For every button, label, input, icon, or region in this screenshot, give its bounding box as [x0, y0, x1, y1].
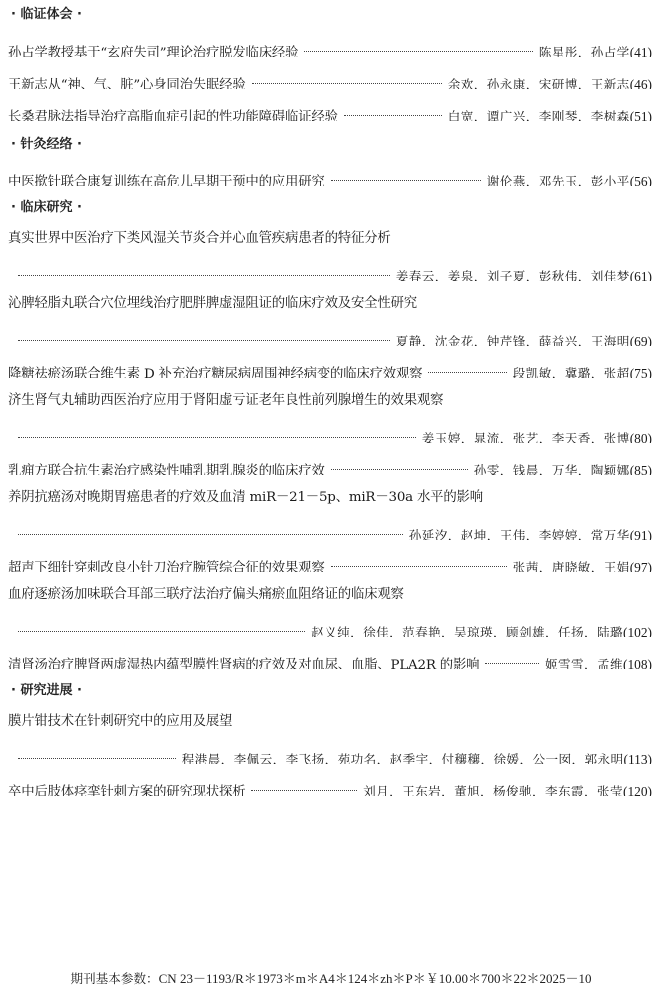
entry-page: (61)	[630, 268, 652, 281]
entry-page: (85)	[630, 462, 652, 475]
toc-entry[interactable]: 清肾汤治疗脾肾两虚湿热内蕴型膜性肾病的疗效及对血尿、血脂、PLA2R 的影响 姬…	[8, 651, 652, 669]
entry-page: (75)	[630, 365, 652, 378]
dot-leader	[18, 522, 403, 540]
entry-page: (113)	[623, 751, 652, 764]
entry-page: (46)	[630, 76, 652, 89]
entry-title: 乳痈方联合抗生素治疗感染性哺乳期乳腺炎的临床疗效	[8, 463, 325, 475]
entry-authors: 赵义纯，徐佳，范春艳，吴琼瑛，顾剑雄，任扬，陆璐	[311, 624, 623, 637]
section-heading-clinical-research: · 临床研究 ·	[8, 200, 652, 216]
dot-leader	[18, 328, 390, 346]
dot-leader	[252, 71, 442, 89]
entry-page: (69)	[630, 333, 652, 346]
entry-authors: 夏静，沈金花，钟芹锋，薛益兴，王海明	[396, 333, 630, 346]
entry-title: 中医揿针联合康复训练在高危儿早期干预中的应用研究	[8, 174, 325, 186]
entry-title: 膜片钳技术在针刺研究中的应用及展望	[8, 713, 232, 731]
toc-entry[interactable]: 王新志从“神、气、脏”心身同治失眠经验 余欢，孙永康，宋研博，王新志 (46)	[8, 71, 652, 89]
section-heading-research-progress: · 研究进展 ·	[8, 683, 652, 699]
entry-authors: 姬雪雪，孟维	[545, 656, 623, 669]
entry-authors: 谢伦燕，邓先玉，彭小平	[487, 173, 630, 186]
entry-title: 清肾汤治疗脾肾两虚湿热内蕴型膜性肾病的疗效及对血尿、血脂、PLA2R 的影响	[8, 657, 479, 669]
entry-title: 血府逐瘀汤加味联合耳部三联疗法治疗偏头痛瘀血阻络证的临床观察	[8, 586, 404, 604]
toc-entry[interactable]: 卒中后肢体痉挛针刺方案的研究现状探析 刘月，王东岩，董旭，杨俊驰，李东霞，张莹 …	[8, 778, 652, 796]
entry-title: 卒中后肢体痉挛针刺方案的研究现状探析	[8, 784, 245, 796]
toc-entry[interactable]: 降糖祛瘀汤联合维生素 D 补充治疗糖尿病周围神经病变的临床疗效观察 段凯敏，冀璐…	[8, 360, 652, 378]
entry-authors: 孙延汐，赵坤，王伟，李婷婷，常万华	[409, 527, 630, 540]
toc-entry[interactable]: 中医揿针联合康复训练在高危儿早期干预中的应用研究 谢伦燕，邓先玉，彭小平 (56…	[8, 168, 652, 186]
entry-authors: 段凯敏，冀璐，张超	[513, 365, 630, 378]
section-heading-acupuncture: · 针灸经络 ·	[8, 137, 652, 153]
entry-title: 沁脾轻脂丸联合穴位埋线治疗肥胖脾虚湿阻证的临床疗效及安全性研究	[8, 295, 417, 313]
entry-authors: 孙雯，钱晨，万华，陶颖娜	[474, 462, 630, 475]
toc-entry-author-line[interactable]: 孙延汐，赵坤，王伟，李婷婷，常万华 (91)	[8, 522, 652, 540]
entry-page: (80)	[630, 430, 652, 443]
footer-params: CN 23－1193/R＊1973＊m＊A4＊124＊zh＊P＊￥10.00＊7…	[159, 971, 592, 986]
entry-authors: 姜玉婷，晁流，张艺，李天香，张博	[422, 430, 630, 443]
entry-title: 济生肾气丸辅助西医治疗应用于肾阳虚亏证老年良性前列腺增生的效果观察	[8, 392, 443, 410]
entry-title: 孙占学教授基于“玄府失司”理论治疗脱发临床经验	[8, 45, 298, 57]
toc-entry-title-line[interactable]: 养阴抗癌汤对晚期胃癌患者的疗效及血清 miR－21－5p、miR－30a 水平的…	[8, 489, 652, 507]
toc-entry-title-line[interactable]: 膜片钳技术在针刺研究中的应用及展望	[8, 713, 652, 731]
entry-authors: 白宽，谭广兴，李刚琴，李树森	[448, 108, 630, 121]
entry-page: (97)	[630, 559, 652, 572]
dot-leader	[18, 746, 176, 764]
dot-leader	[344, 103, 442, 121]
entry-page: (91)	[630, 527, 652, 540]
footer-label: 期刊基本参数：	[70, 971, 158, 986]
dot-leader	[18, 619, 305, 637]
entry-authors: 陈星彤，孙占学	[539, 44, 630, 57]
dot-leader	[428, 360, 506, 378]
journal-parameters-footer: 期刊基本参数：CN 23－1193/R＊1973＊m＊A4＊124＊zh＊P＊￥…	[0, 968, 662, 987]
toc-entry-title-line[interactable]: 真实世界中医治疗下类风湿关节炎合并心血管疾病患者的特征分析	[8, 230, 652, 248]
entry-page: (41)	[630, 44, 652, 57]
toc-entry[interactable]: 长桑君脉法指导治疗高脂血症引起的性功能障碍临证经验 白宽，谭广兴，李刚琴，李树森…	[8, 103, 652, 121]
dot-leader	[18, 263, 390, 281]
dot-leader	[18, 425, 416, 443]
entry-title: 超声下细针穿刺改良小针刀治疗腕管综合征的效果观察	[8, 560, 325, 572]
entry-authors: 程港晨，李佩云，李飞扬，苑功名，赵季宇，付穰穰，徐媛，公一囡，郭永明	[182, 751, 624, 764]
toc-entry[interactable]: 孙占学教授基于“玄府失司”理论治疗脱发临床经验 陈星彤，孙占学 (41)	[8, 39, 652, 57]
toc-entry-author-line[interactable]: 夏静，沈金花，钟芹锋，薛益兴，王海明 (69)	[8, 328, 652, 346]
entry-page: (51)	[630, 108, 652, 121]
entry-authors: 张茜，唐晓敏，王娟	[513, 559, 630, 572]
dot-leader	[485, 651, 539, 669]
toc-entry-title-line[interactable]: 济生肾气丸辅助西医治疗应用于肾阳虚亏证老年良性前列腺增生的效果观察	[8, 392, 652, 410]
entry-page: (120)	[623, 783, 652, 796]
section-heading-clinical-experience: · 临证体会 ·	[8, 7, 652, 23]
toc-entry-author-line[interactable]: 姜玉婷，晁流，张艺，李天香，张博 (80)	[8, 425, 652, 443]
dot-leader	[331, 168, 481, 186]
entry-authors: 姜春云，姜泉，刘子夏，彭秋伟，刘佳梦	[396, 268, 630, 281]
entry-page: (56)	[630, 173, 652, 186]
toc-entry-title-line[interactable]: 沁脾轻脂丸联合穴位埋线治疗肥胖脾虚湿阻证的临床疗效及安全性研究	[8, 295, 652, 313]
toc-entry-author-line[interactable]: 程港晨，李佩云，李飞扬，苑功名，赵季宇，付穰穰，徐媛，公一囡，郭永明 (113)	[8, 746, 652, 764]
entry-title: 降糖祛瘀汤联合维生素 D 补充治疗糖尿病周围神经病变的临床疗效观察	[8, 366, 422, 378]
toc-entry-author-line[interactable]: 赵义纯，徐佳，范春艳，吴琼瑛，顾剑雄，任扬，陆璐 (102)	[8, 619, 652, 637]
dot-leader	[331, 554, 507, 572]
entry-authors: 余欢，孙永康，宋研博，王新志	[448, 76, 630, 89]
dot-leader	[304, 39, 532, 57]
entry-page: (102)	[623, 624, 652, 637]
dot-leader	[331, 457, 468, 475]
toc-entry[interactable]: 乳痈方联合抗生素治疗感染性哺乳期乳腺炎的临床疗效 孙雯，钱晨，万华，陶颖娜 (8…	[8, 457, 652, 475]
table-of-contents: · 临证体会 · 孙占学教授基于“玄府失司”理论治疗脱发临床经验 陈星彤，孙占学…	[8, 0, 652, 796]
toc-entry-author-line[interactable]: 姜春云，姜泉，刘子夏，彭秋伟，刘佳梦 (61)	[8, 263, 652, 281]
entry-authors: 刘月，王东岩，董旭，杨俊驰，李东霞，张莹	[363, 783, 623, 796]
dot-leader	[251, 778, 357, 796]
toc-entry-title-line[interactable]: 血府逐瘀汤加味联合耳部三联疗法治疗偏头痛瘀血阻络证的临床观察	[8, 586, 652, 604]
entry-page: (108)	[623, 656, 652, 669]
entry-title: 养阴抗癌汤对晚期胃癌患者的疗效及血清 miR－21－5p、miR－30a 水平的…	[8, 489, 483, 507]
entry-title: 王新志从“神、气、脏”心身同治失眠经验	[8, 77, 246, 89]
toc-entry[interactable]: 超声下细针穿刺改良小针刀治疗腕管综合征的效果观察 张茜，唐晓敏，王娟 (97)	[8, 554, 652, 572]
entry-title: 长桑君脉法指导治疗高脂血症引起的性功能障碍临证经验	[8, 109, 338, 121]
entry-title: 真实世界中医治疗下类风湿关节炎合并心血管疾病患者的特征分析	[8, 230, 391, 248]
